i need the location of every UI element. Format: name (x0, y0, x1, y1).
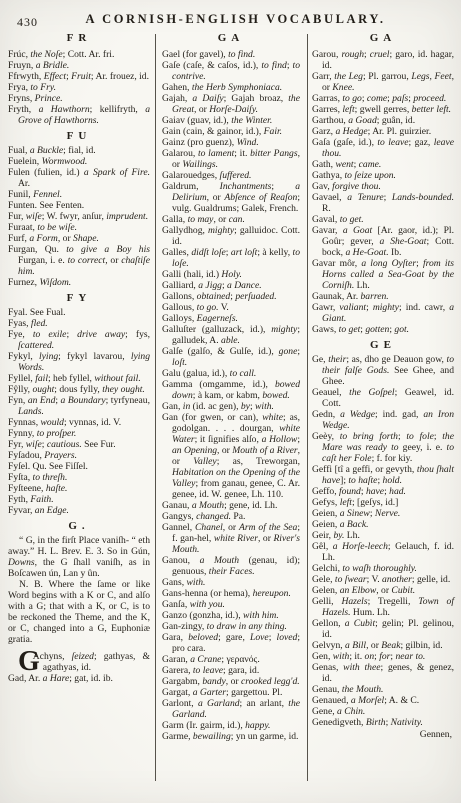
dictionary-entry: Fyn, an End; a Boundary; tyrfyneau, Land… (8, 395, 150, 417)
dictionary-entry: Fynnas, would; vynnas, id. V. (8, 417, 150, 428)
dictionary-entry: Funten. See Fenten. (8, 200, 150, 211)
dictionary-entry: Gavar, a Goat [Ar. gaor, id.); Pl. Goûr;… (312, 225, 454, 258)
dictionary-entry: Galarouedges, ſuffered. (162, 170, 300, 181)
dictionary-entry: Garera, to leave; gara, id. (162, 665, 300, 676)
dictionary-entry: Geien, a Back. (312, 519, 454, 530)
dictionary-entry: Geèy, to bring forth; to fole; the Mare … (312, 431, 454, 464)
dictionary-entry: Gallous, to go. V. (162, 302, 300, 313)
text-columns: Frúc, the Noſe; Cott. Ar. fri.Fruyn, a B… (8, 49, 454, 742)
dictionary-entry: Garan, a Crane; γερανός. (162, 654, 300, 665)
dictionary-entry: Fyal. See Fual. (8, 307, 150, 318)
dictionary-entry: Furnez, Wiſdom. (8, 277, 150, 288)
dictionary-entry: Fryth, a Hawthorn; kellifryth, a Grove o… (8, 104, 150, 126)
dictionary-entry: Gan, in (id. ac gen), by; with. (162, 401, 300, 412)
dictionary-entry: Garme, bewailing; yn un garme, id. (162, 731, 300, 742)
dictionary-entry: Gaſa (gaſe, id.), to leave; gaz, leave t… (312, 137, 454, 159)
dictionary-entry: Gefys, left; [geſys, id.] (312, 497, 454, 508)
dictionary-entry: Garres, left; gwell gerres, better left. (312, 104, 454, 115)
dictionary-entry: Gain (cain, & gainor, id.), Fair. (162, 126, 300, 137)
dictionary-entry: Furgan, Qu. to give a Boy his Furgan, i.… (8, 244, 150, 277)
page-title: A CORNISH-ENGLISH VOCABULARY. (40, 12, 431, 27)
dictionary-entry: Fyſteene, haſte. (8, 483, 150, 494)
column-headers: FR GA GA (8, 32, 454, 44)
dictionary-entry: Fyſta, to threſh. (8, 472, 150, 483)
dictionary-entry: Ganau, a Mouth; gene, id. Lh. (162, 500, 300, 511)
dictionary-entry: Gath, went; came. (312, 159, 454, 170)
dictionary-entry: Gara, beloved; gare, Love; loved; pro ca… (162, 632, 300, 654)
dictionary-entry: Ganou, a Mouth (genau, id); genuous, the… (162, 555, 300, 577)
dictionary-entry: Gajah, a Daiſy; Gajah broaz, the Great, … (162, 93, 300, 115)
dictionary-entry: Fyas, fled. (8, 318, 150, 329)
dictionary-entry: Funil, Fennel. (8, 189, 150, 200)
dictionary-entry: Gaunak, Ar. barren. (312, 291, 454, 302)
dictionary-entry: Gele, to ſwear; V. another; gelle, id. (312, 574, 454, 585)
dictionary-entry: Fyr, wiſe; cautious. See Fur. (8, 439, 150, 450)
dictionary-entry: Galluſter (galluzack, id.), mighty; gall… (162, 324, 300, 346)
page-header: 430 A CORNISH-ENGLISH VOCABULARY. (0, 12, 461, 30)
dictionary-entry: Gaval, to get. (312, 214, 454, 225)
dictionary-entry: Galſe (galſo, & Gulſe, id.), gone; loſt. (162, 346, 300, 368)
section-heading: FY (8, 292, 150, 304)
dictionary-entry: Fulen (fulien, id.) a Spark of Fire. Ar. (8, 167, 150, 189)
dictionary-entry: Frúc, the Noſe; Cott. Ar. fri. (8, 49, 150, 60)
dictionary-entry: Galdrum, Inchantments; a Delirium, or Ab… (162, 181, 300, 214)
dictionary-entry: Gargabm, bandy, or crooked legg'd. (162, 676, 300, 687)
dictionary-entry: Fŷlly, ought; dous fylly, they ought. (8, 384, 150, 395)
dictionary-entry: Frya, to Fry. (8, 82, 150, 93)
dictionary-entry: Geien, a Sinew; Nerve. (312, 508, 454, 519)
catchword: Gennen, (312, 729, 452, 740)
dictionary-entry: Fur, wiſe; W. fwyr, anſur, imprudent. (8, 211, 150, 222)
column-2: Gael (for gavel), to find.Gaſe (caſe, & … (162, 49, 300, 742)
dictionary-entry: Fual, a Buckle; fial, id. (8, 145, 150, 156)
dictionary-entry: Gellon, a Cubìt; gelin; Pl. gelinou, id. (312, 618, 454, 640)
note-paragraph: N. B. Where the ſame or like Word begins… (8, 579, 150, 645)
dictionary-entry: Gangys, changed. Pa. (162, 511, 300, 522)
book-page: 430 A CORNISH-ENGLISH VOCABULARY. FR GA … (0, 0, 461, 803)
dictionary-entry: Galla, to may, or can. (162, 214, 300, 225)
dictionary-entry: Gaiav (guav, id.), the Winter. (162, 115, 300, 126)
dictionary-entry: Fynny, to proſper. (8, 428, 150, 439)
dictionary-entry: Gedn, a Wedge; ind. gad, an Iron Wedge. (312, 409, 454, 431)
dictionary-entry: Gad, Ar. a Hare; gat, id. ib. (8, 673, 150, 684)
dictionary-entry: Gahen, the Herb Symphoniaca. (162, 82, 300, 93)
dictionary-entry: Geauel, the Goſpel; Geawel, id. Cott. (312, 387, 454, 409)
dictionary-entry: Furf, a Form, or Shape. (8, 233, 150, 244)
dictionary-entry: Gan-zingy, to draw in any thing. (162, 621, 300, 632)
dictionary-entry: Gathya, to ſeize upon. (312, 170, 454, 181)
dictionary-entry: Garthou, a Goad; guân, id. (312, 115, 454, 126)
dictionary-entry: Ffrwyth, Effect; Fruit; Ar. frouez, id. (8, 71, 150, 82)
page-number: 430 (17, 15, 38, 30)
dictionary-entry: Gelli, Hazels; Tregelli, Town of Hazels.… (312, 596, 454, 618)
dictionary-entry: Gelvyn, a Bill, or Beak; gilbin, id. (312, 640, 454, 651)
dictionary-entry: Galu (galua, id.), to call. (162, 368, 300, 379)
dictionary-entry: Gawr, valiant; mighty; ind. cawr, a Gian… (312, 302, 454, 324)
dictionary-entry: Gallons, obtained; perſuaded. (162, 291, 300, 302)
dictionary-entry: Gelen, an Elbow, or Cubit. (312, 585, 454, 596)
section-heading: G. (8, 520, 150, 532)
dictionary-entry: Gannel, Chanel, or Arm of the Sea; f. ga… (162, 522, 300, 555)
note-paragraph: “ G, in the firſt Place vaniſh- “ eth aw… (8, 535, 150, 579)
dictionary-entry: Garz, a Hedge; Ar. Pl. guirzier. (312, 126, 454, 137)
dictionary-entry: Garras, to go; come; paſs; proceed. (312, 93, 454, 104)
dictionary-entry: Gan (for gwen, or can), white; as, godol… (162, 412, 300, 500)
dictionary-entry: Genau, the Mouth. (312, 684, 454, 695)
dictionary-entry: Galliard, a Jigg; a Dance. (162, 280, 300, 291)
dictionary-entry: GAchyns, ſeized; gathyas, & agathyas, id… (8, 651, 150, 673)
dictionary-entry: Gene, a Chin. (312, 706, 454, 717)
column-header-fr: FR (8, 32, 150, 44)
dictionary-entry: Fyſel. Qu. See Fiſſel. (8, 461, 150, 472)
dictionary-entry: Gael (for gavel), to find. (162, 49, 300, 60)
dictionary-entry: Ganzo (gonzha, id.), with him. (162, 610, 300, 621)
dictionary-entry: Fyth, Faith. (8, 494, 150, 505)
dictionary-entry: Fyvar, an Edge. (8, 505, 150, 516)
dictionary-entry: Fryns, Prince. (8, 93, 150, 104)
dictionary-entry: Ganſa, with you. (162, 599, 300, 610)
dictionary-entry: Fuelein, Wormwood. (8, 156, 150, 167)
dictionary-entry: Furaat, to be wiſe. (8, 222, 150, 233)
dictionary-entry: Garlont, a Garland; an arlant, the Garla… (162, 698, 300, 720)
dictionary-entry: Gans, with. (162, 577, 300, 588)
dictionary-entry: Galles, didſt loſe; art loſt; à kelly, t… (162, 247, 300, 269)
dictionary-entry: Fyllel, fail; heb fyllel, without fail. (8, 373, 150, 384)
dictionary-entry: Garm (Ir. gairm, id.), happy. (162, 720, 300, 731)
dictionary-entry: Gamma (omgamme, id.), bowed down; à kam,… (162, 379, 300, 401)
dictionary-entry: Gav, forgive thou. (312, 181, 454, 192)
dictionary-entry: Gavar môr, a long Oyſter; from its Horns… (312, 258, 454, 291)
column-header-ga-1: GA (162, 32, 300, 44)
dictionary-entry: Gaſe (caſe, & caſos, id.), to find; to c… (162, 60, 300, 82)
dictionary-entry: Galarou, to lament; it. bitter Pangs, or… (162, 148, 300, 170)
dictionary-entry: Fye, to exile; drive away; fys, ſcattere… (8, 329, 150, 351)
dictionary-entry: Genaued, a Morſel; A. & C. (312, 695, 454, 706)
dictionary-entry: Gainz (pro guenz), Wind. (162, 137, 300, 148)
dictionary-entry: Geffo, found; have; had. (312, 486, 454, 497)
dictionary-entry: Gargat, a Garter; gargettou. Pl. (162, 687, 300, 698)
dictionary-entry: Garr, the Leg; Pl. garrou, Legs, Feet, o… (312, 71, 454, 93)
dictionary-entry: Galloys, Eagerneſs. (162, 313, 300, 324)
dictionary-entry: Gans-henna (or hema), hereupon. (162, 588, 300, 599)
dictionary-entry: Gêl, a Horſe-leech; Gelauch, f. id. Lh. (312, 541, 454, 563)
dictionary-entry: Genas, with thee; genes, & genez, id. (312, 662, 454, 684)
dictionary-entry: Fyſadou, Prayers. (8, 450, 150, 461)
dictionary-entry: Geffi [tî a geffi, or gevyth, thou ſhalt… (312, 464, 454, 486)
dictionary-entry: Fruyn, a Bridle. (8, 60, 150, 71)
section-heading: GE (312, 339, 454, 351)
section-heading: FU (8, 130, 150, 142)
dictionary-entry: Fykyl, lying; fykyl lavarou, lying Words… (8, 351, 150, 373)
column-1: Frúc, the Noſe; Cott. Ar. fri.Fruyn, a B… (8, 49, 150, 742)
column-3: Garou, rough; cruel; garo, id. hagar, id… (312, 49, 454, 742)
dictionary-entry: Genedigveth, Birth; Nativity. (312, 717, 454, 728)
dictionary-entry: Gavael, a Tenure; Lands-bounded. R. (312, 192, 454, 214)
dictionary-entry: Gallydhog, mighty; galluidoc. Cott. id. (162, 225, 300, 247)
dictionary-entry: Gelchi, to waſh thoroughly. (312, 563, 454, 574)
dictionary-entry: Ge, their; as, dho ge Deauon gow, to the… (312, 354, 454, 387)
dictionary-entry: Geir, by. Lh. (312, 530, 454, 541)
dictionary-entry: Garou, rough; cruel; garo, id. hagar, id… (312, 49, 454, 71)
dictionary-entry: Gaws, to get; gotten; got. (312, 324, 454, 335)
column-header-ga-2: GA (312, 32, 454, 44)
dictionary-entry: Galli (hali, id.) Holy. (162, 269, 300, 280)
dictionary-entry: Gen, with; it. on; for; near to. (312, 651, 454, 662)
